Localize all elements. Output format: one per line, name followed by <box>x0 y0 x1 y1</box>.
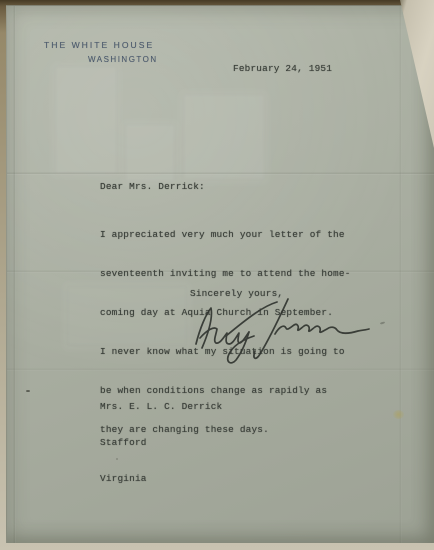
recipient-address: Mrs. E. L. C. Derrick Stafford Virginia <box>100 377 222 509</box>
salutation: Dear Mrs. Derrick: <box>100 180 205 193</box>
letterhead-line1: THE WHITE HOUSE <box>44 40 154 50</box>
recipient-city: Stafford <box>100 437 222 449</box>
paper-impression <box>183 94 265 180</box>
letter-photograph: THE WHITE HOUSE WASHINGTON February 24, … <box>0 0 434 550</box>
recipient-state: Virginia <box>100 473 222 485</box>
signature <box>182 296 374 368</box>
recipient-name: Mrs. E. L. C. Derrick <box>100 401 222 413</box>
fold-crease-vertical <box>399 6 402 543</box>
stain-spot <box>393 410 404 419</box>
fold-crease <box>7 172 434 175</box>
fold-crease-vertical <box>13 6 16 543</box>
letterhead-line2: WASHINGTON <box>88 55 158 64</box>
body-line: seventeenth inviting me to attend the ho… <box>100 267 351 280</box>
letter-date: February 24, 1951 <box>233 62 332 75</box>
paper-impression <box>55 66 117 174</box>
body-line: I appreciated very much your letter of t… <box>100 228 351 241</box>
ink-speck <box>26 390 30 392</box>
